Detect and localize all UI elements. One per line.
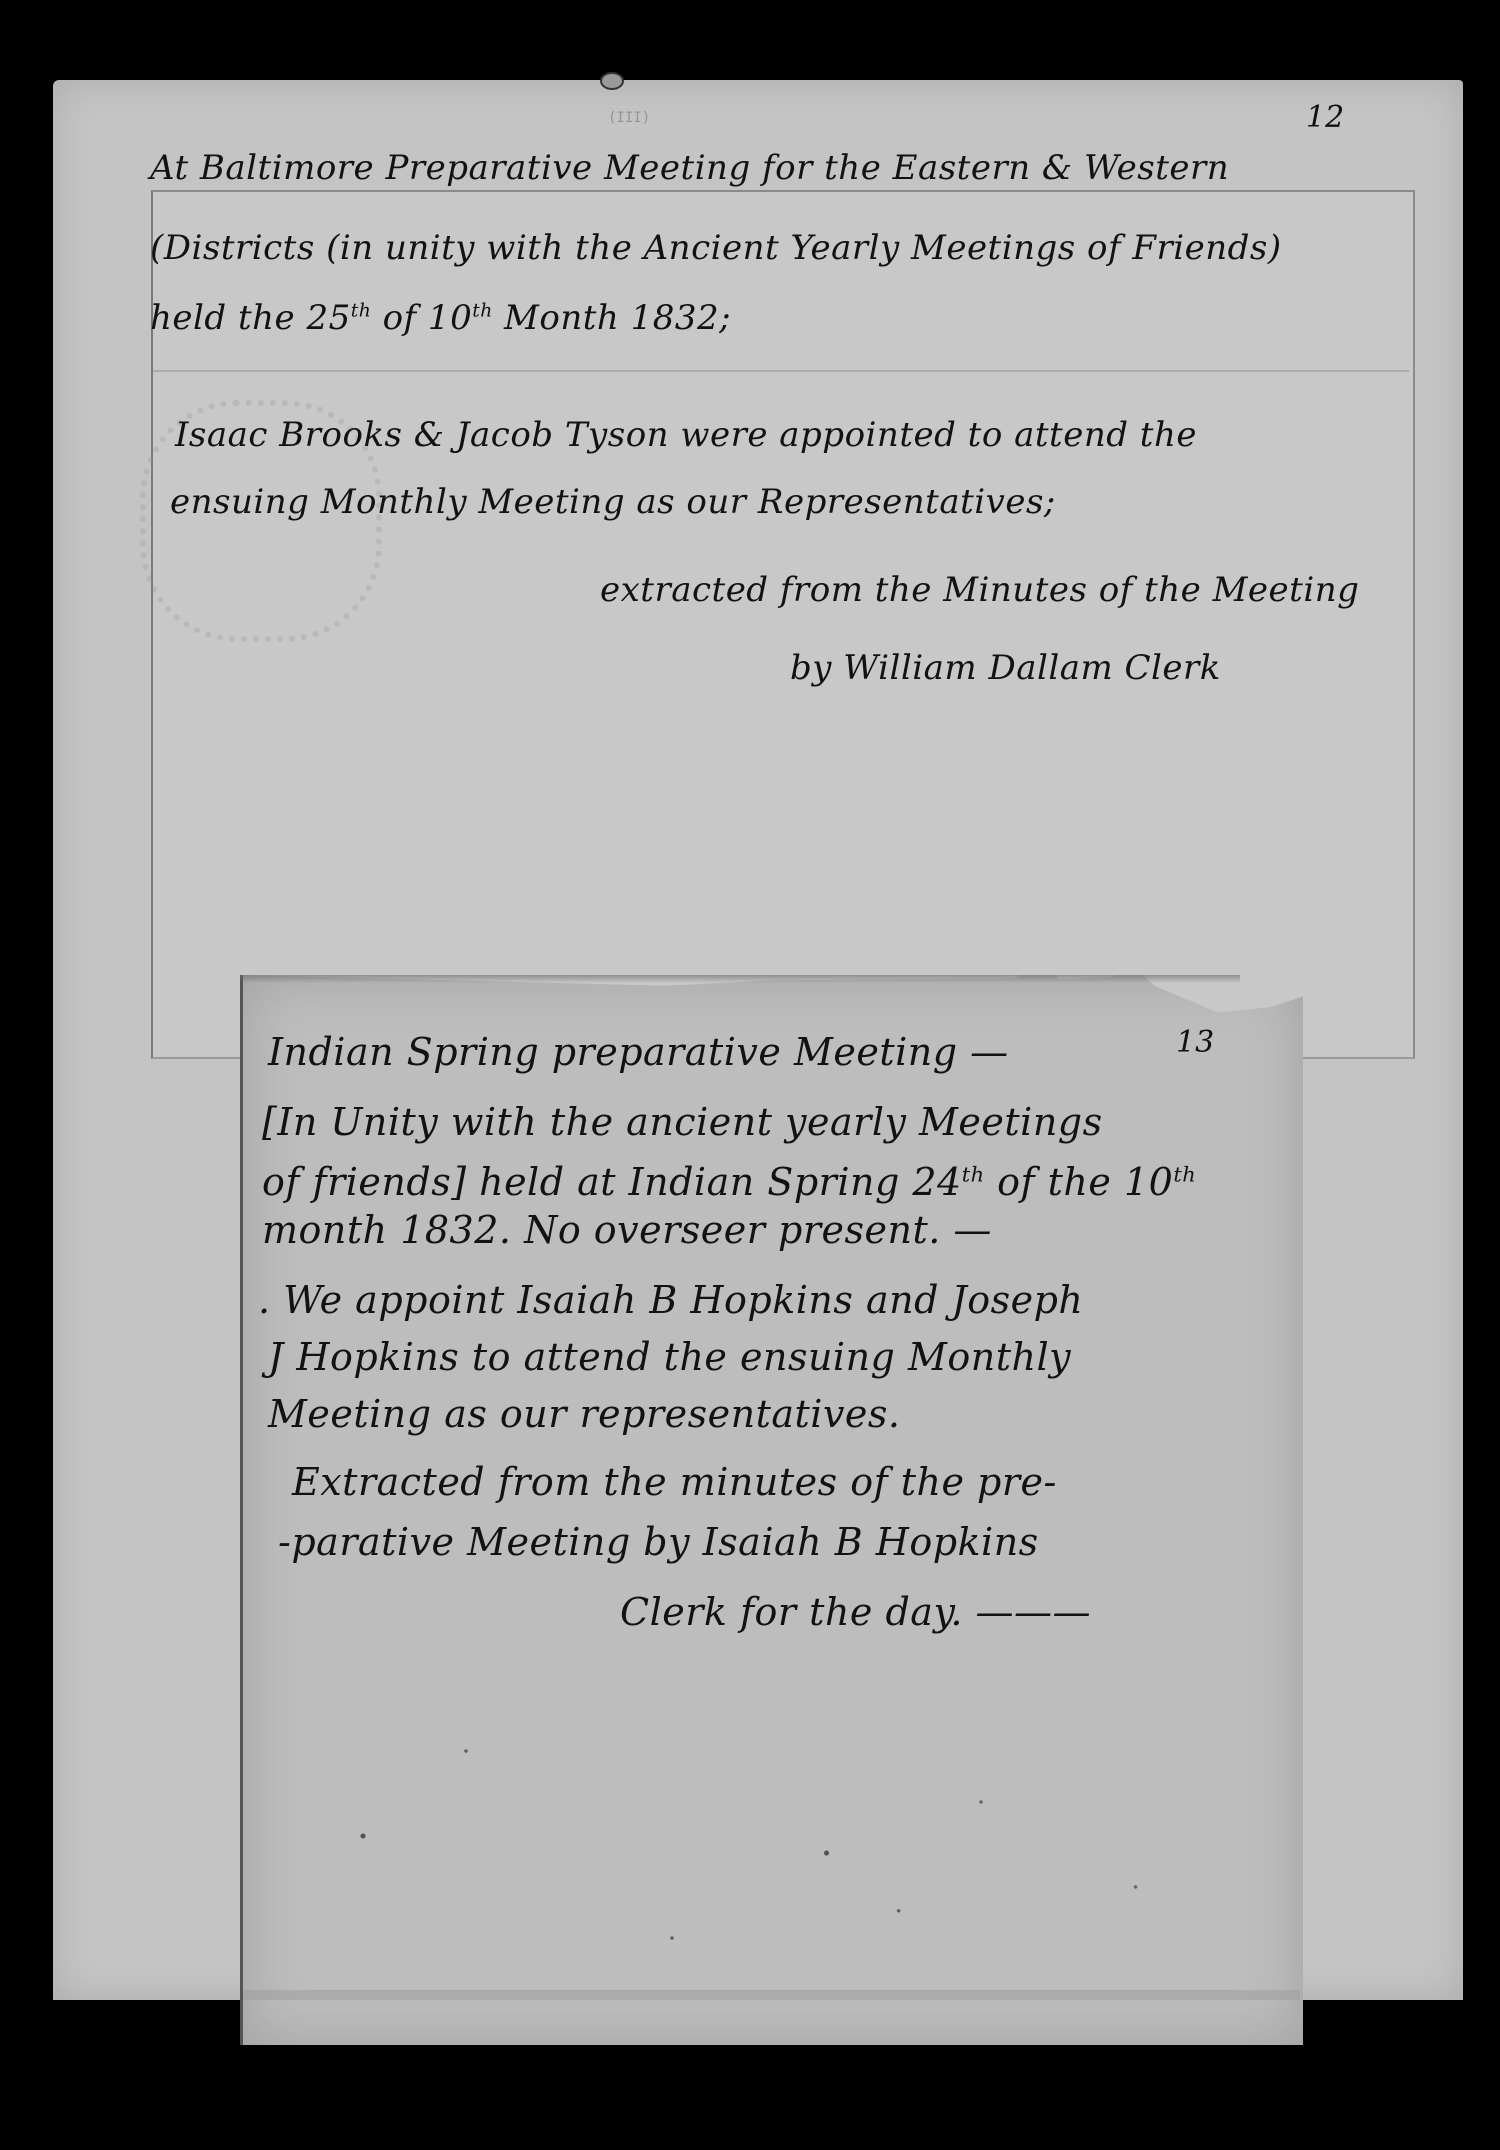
line3-sup2: th <box>1173 1162 1196 1186</box>
bottom-line-3: of friends] held at Indian Spring 24th o… <box>262 1160 1196 1204</box>
bottom-line-7: Meeting as our representatives. <box>268 1392 901 1436</box>
heading-line-3: held the 25th of 10th Month 1832; <box>150 298 731 338</box>
bottom-line-5: . We appoint Isaiah B Hopkins and Joseph <box>258 1278 1083 1322</box>
bottom-line-8: Extracted from the minutes of the pre- <box>292 1460 1057 1504</box>
bottom-line-6: J Hopkins to attend the ensuing Monthly <box>268 1335 1071 1379</box>
heading-line-1: At Baltimore Preparative Meeting for the… <box>150 148 1229 188</box>
line3-prefix: of friends] held at Indian Spring 24 <box>262 1160 962 1204</box>
body-line-2: ensuing Monthly Meeting as our Represent… <box>170 482 1056 522</box>
ink-speckles <box>260 1700 1290 2040</box>
held-prefix: held the 25 <box>150 298 351 338</box>
page-number-top: 12 <box>1306 100 1344 135</box>
extract-line: extracted from the Minutes of the Meetin… <box>600 570 1359 610</box>
bottom-sheet-torn-edge <box>240 975 1240 983</box>
line3-sup1: th <box>962 1162 985 1186</box>
body-line-1: Isaac Brooks & Jacob Tyson were appointe… <box>175 415 1197 455</box>
bottom-line-10: Clerk for the day. ——— <box>620 1590 1091 1634</box>
line3-mid: of the 10 <box>985 1160 1174 1204</box>
signature-line: by William Dallam Clerk <box>790 648 1221 688</box>
scanned-document: (III) 12 At Baltimore Preparative Meetin… <box>0 0 1500 2150</box>
bottom-line-4: month 1832. No overseer present. — <box>262 1208 992 1252</box>
held-rest: Month 1832; <box>493 298 731 338</box>
bottom-line-2: [In Unity with the ancient yearly Meetin… <box>262 1100 1103 1144</box>
fold-line <box>151 370 1409 372</box>
bottom-line-9: -parative Meeting by Isaiah B Hopkins <box>278 1520 1039 1564</box>
heading-line-2: (Districts (in unity with the Ancient Ye… <box>150 228 1282 268</box>
pin-hole-mark <box>600 72 624 90</box>
day-suffix: th <box>351 301 372 322</box>
held-of: of 10 <box>371 298 472 338</box>
bottom-line-1: Indian Spring preparative Meeting — <box>268 1030 1009 1074</box>
page-number-bottom: 13 <box>1176 1025 1214 1060</box>
bottom-fold-band <box>243 1990 1300 2000</box>
archive-stamp: (III) <box>608 110 650 126</box>
month-suffix: th <box>472 301 493 322</box>
